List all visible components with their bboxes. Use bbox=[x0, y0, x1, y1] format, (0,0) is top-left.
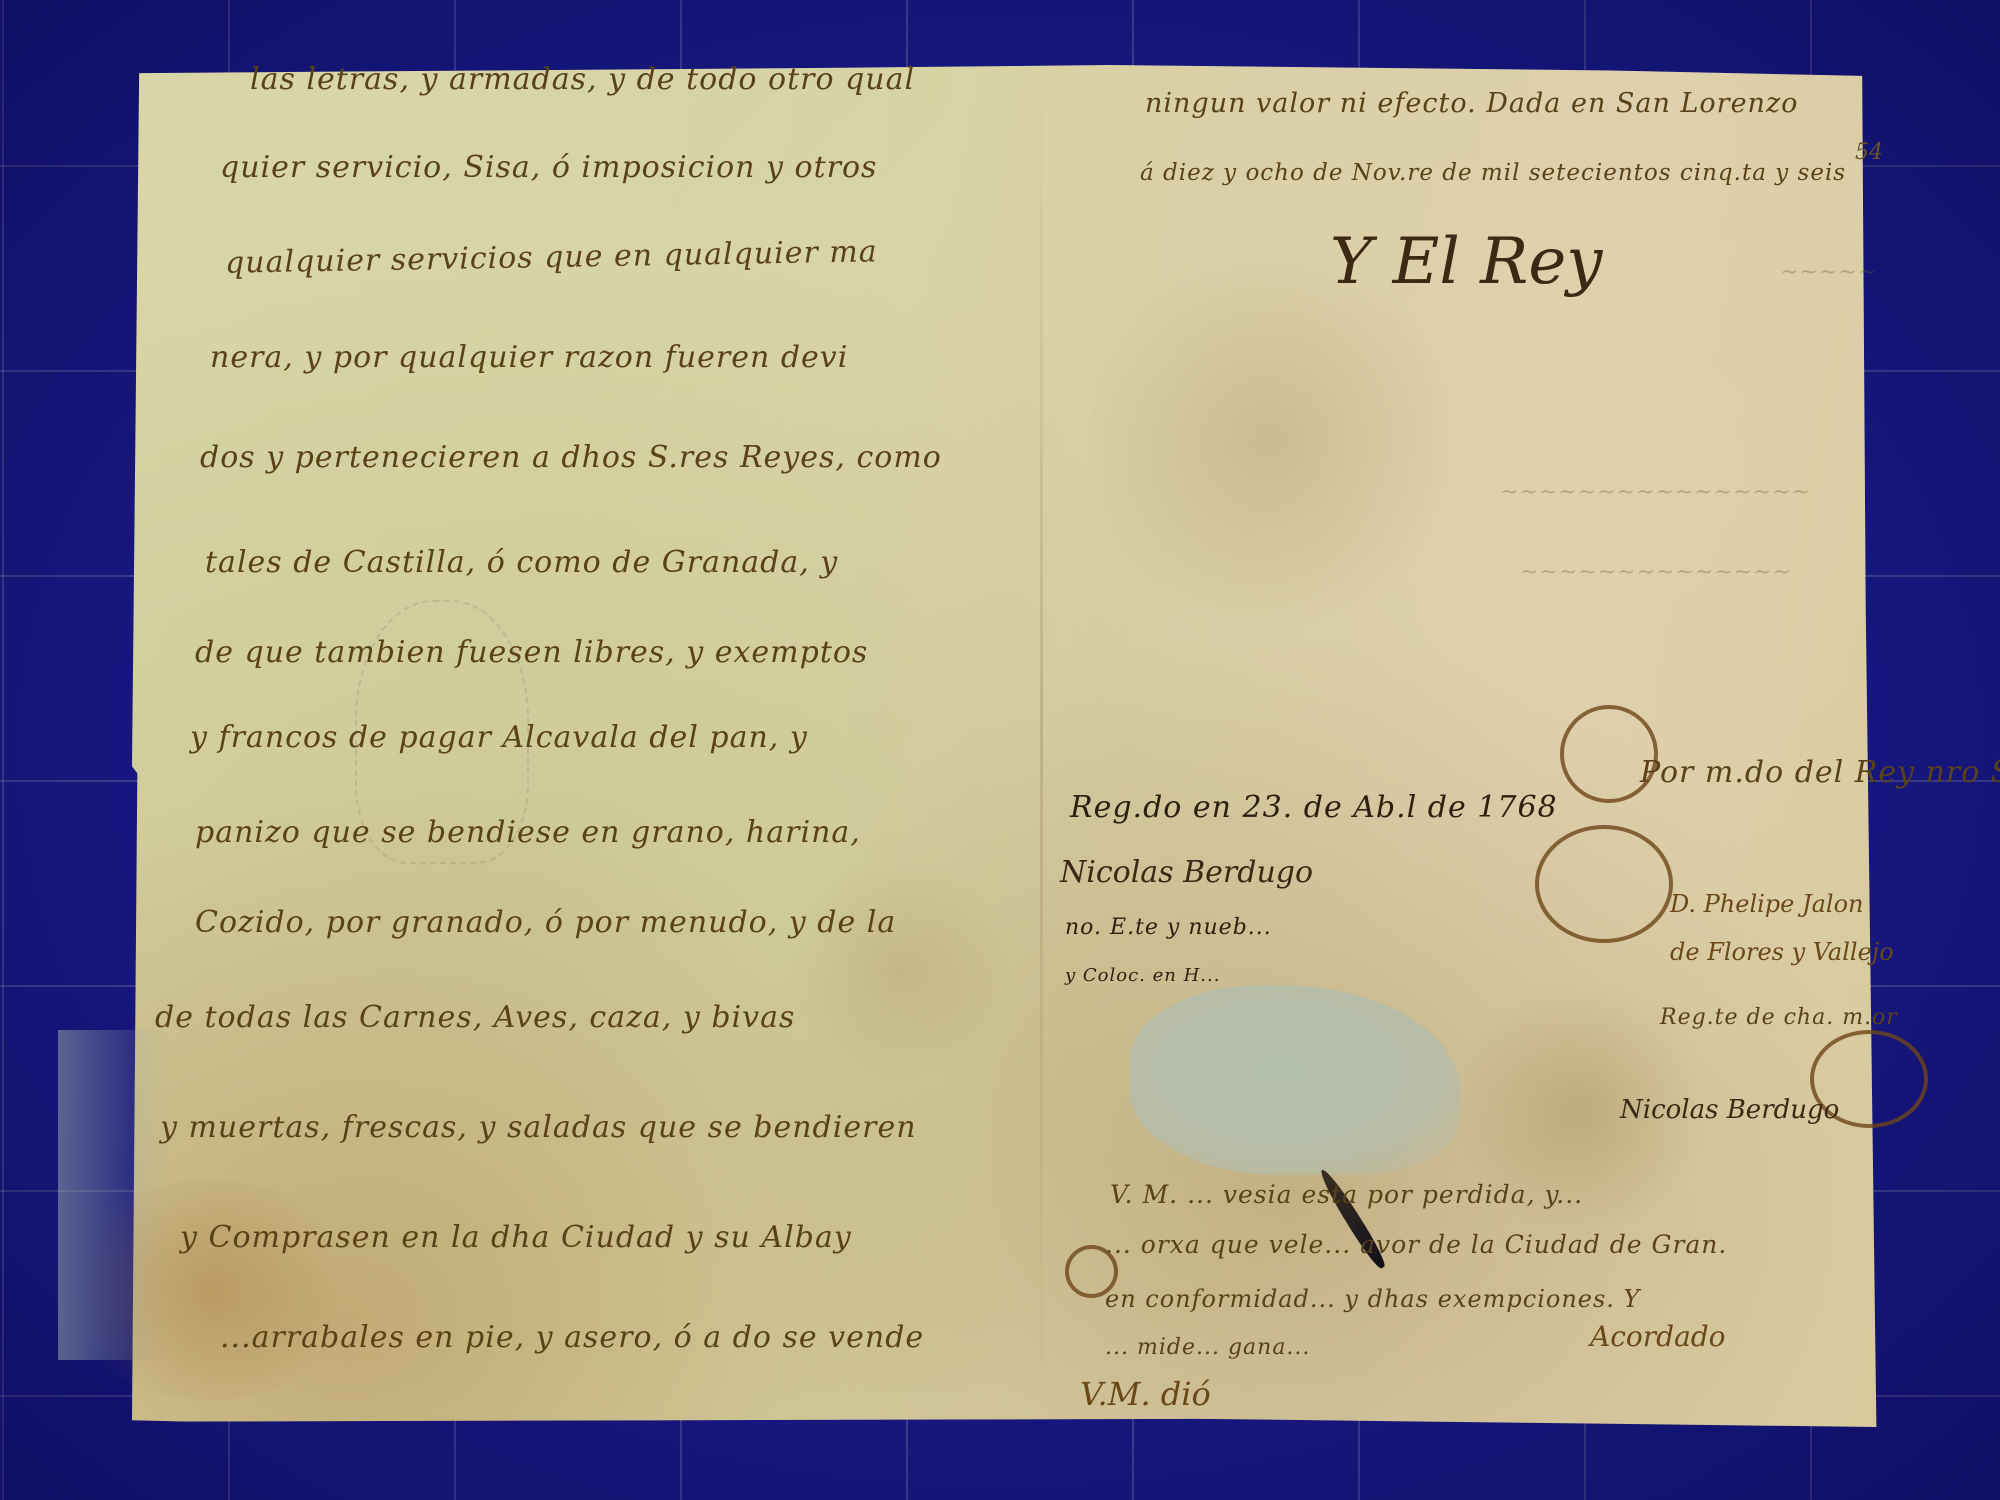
show-through-text: ~~~~~~~~~~~~~~ bbox=[1520, 560, 1792, 585]
registration-line: Reg.do en 23. de Ab.l de 1768 bbox=[1070, 790, 1558, 825]
manuscript-line: las letras, y armadas, y de todo otro qu… bbox=[250, 62, 915, 97]
center-fold-line bbox=[1040, 65, 1043, 1427]
manuscript-line: panizo que se bendiese en grano, harina, bbox=[195, 815, 861, 850]
manuscript-line: dos y pertenecieren a dhos S.res Reyes, … bbox=[200, 440, 942, 475]
manuscript-line: Cozido, por granado, ó por menudo, y de … bbox=[195, 905, 896, 940]
manuscript-line: ...arrabales en pie, y asero, ó a do se … bbox=[220, 1320, 924, 1355]
manuscript-line: nera, y por qualquier razon fueren devi bbox=[210, 340, 848, 375]
header-line: á diez y ocho de Nov.re de mil setecient… bbox=[1140, 160, 1846, 186]
folio-number: 54 bbox=[1855, 140, 1883, 165]
royal-signature: Y El Rey bbox=[1330, 225, 1602, 299]
bottom-line: en conformidad... y dhas exempciones. Y bbox=[1105, 1285, 1640, 1313]
countersign-tail: Reg.te de cha. m.or bbox=[1660, 1005, 1898, 1030]
show-through-text: ~~~~~ bbox=[1780, 260, 1877, 285]
manuscript-line: y Comprasen en la dha Ciudad y su Albay bbox=[180, 1220, 852, 1255]
bottom-line: ... mide... gana... bbox=[1105, 1335, 1310, 1360]
manuscript-line: y muertas, frescas, y saladas que se ben… bbox=[160, 1110, 917, 1145]
acordado-signature: Acordado bbox=[1590, 1320, 1726, 1353]
countersign-line: Por m.do del Rey nro S. bbox=[1640, 755, 2000, 790]
left-edge-discoloration bbox=[58, 1030, 168, 1360]
bottom-flourish-text: V.M. dió bbox=[1080, 1375, 1211, 1413]
manuscript-line: quier servicio, Sisa, ó imposicion y otr… bbox=[220, 150, 877, 185]
flourish-bottom bbox=[1065, 1245, 1118, 1298]
show-through-text: ~~~~~~~~~~~~~~~~ bbox=[1500, 480, 1811, 505]
manuscript-line: de que tambien fuesen libres, y exemptos bbox=[195, 635, 868, 670]
manuscript-line: y francos de pagar Alcavala del pan, y bbox=[190, 720, 808, 755]
bottom-line: ... orxa que vele... avor de la Ciudad d… bbox=[1105, 1230, 1727, 1259]
registrar-signature: Nicolas Berdugo bbox=[1060, 855, 1313, 890]
registration-note: y Coloc. en H... bbox=[1065, 965, 1220, 986]
flourish-d bbox=[1535, 825, 1673, 943]
manuscript-line: de todas las Carnes, Aves, caza, y bivas bbox=[155, 1000, 795, 1035]
second-signature: Nicolas Berdugo bbox=[1620, 1095, 1839, 1125]
registration-note: no. E.te y nueb... bbox=[1065, 915, 1272, 940]
header-line: ningun valor ni efecto. Dada en San Lore… bbox=[1145, 88, 1798, 119]
secretary-signature: D. Phelipe Jalon de Flores y Vallejo bbox=[1670, 880, 1900, 976]
bottom-line: V. M. ... vesia esta por perdida, y... bbox=[1110, 1180, 1583, 1209]
manuscript-line: tales de Castilla, ó como de Granada, y bbox=[205, 545, 838, 580]
